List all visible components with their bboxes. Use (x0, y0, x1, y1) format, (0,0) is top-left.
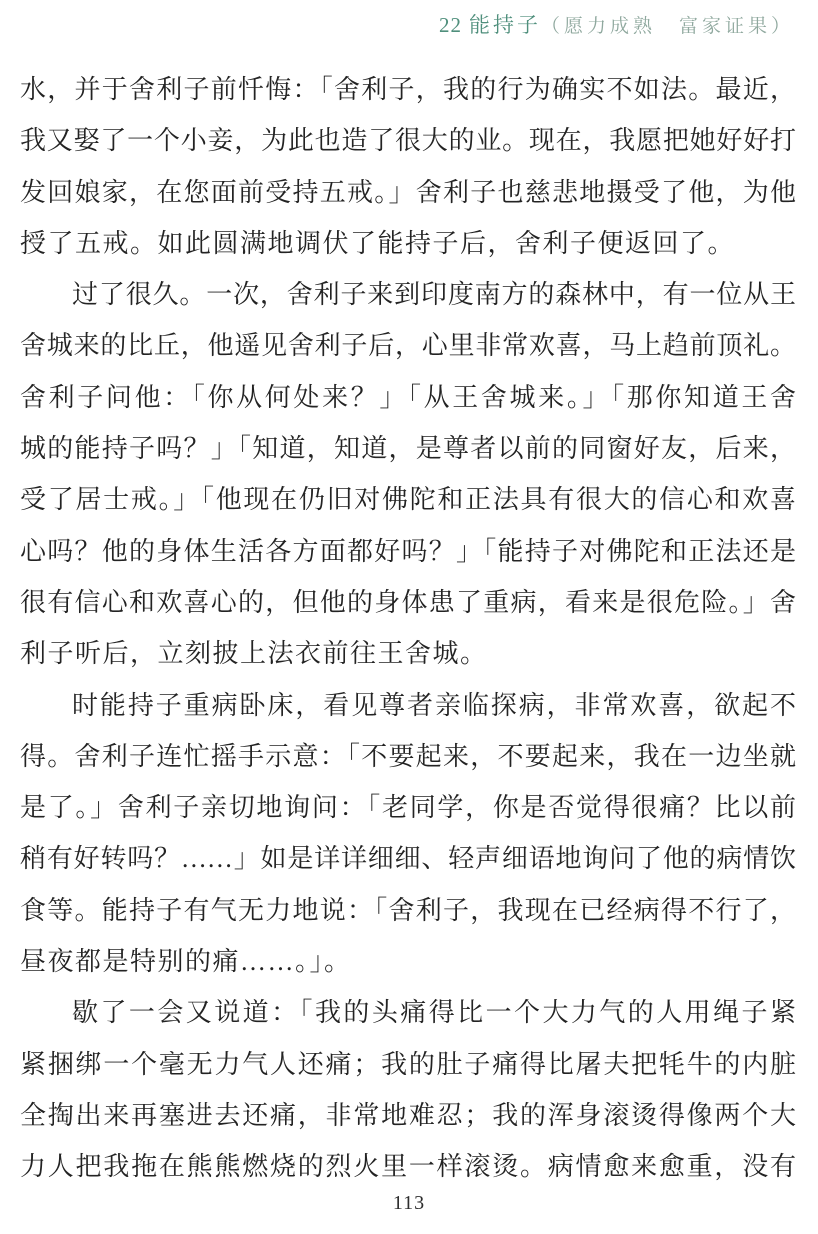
page-header: 22能持子（愿力成熟 富家证果） (20, 9, 794, 39)
text-line: 食等。能持子有气无力地说：「舍利子，我现在已经病得不行了， (20, 885, 796, 936)
text-line: 我又娶了一个小妾，为此也造了很大的业。现在，我愿把她好好打 (20, 115, 796, 166)
text-line: 紧捆绑一个毫无力气人还痛；我的肚子痛得比屠夫把牦牛的内脏 (20, 1039, 796, 1090)
text-line: 舍利子问他：「你从何处来？」「从王舍城来。」「那你知道王舍 (20, 372, 796, 423)
text-line: 昼夜都是特别的痛……。」。 (20, 936, 796, 987)
chapter-title: 能持子 (469, 13, 541, 37)
text-line: 水，并于舍利子前忏悔：「舍利子，我的行为确实不如法。最近， (20, 64, 796, 115)
book-page: 22能持子（愿力成熟 富家证果） 水，并于舍利子前忏悔：「舍利子，我的行为确实不… (0, 0, 818, 1234)
text-line: 舍城来的比丘，他遥见舍利子后，心里非常欢喜，马上趋前顶礼。 (20, 320, 796, 371)
text-line: 过了很久。一次，舍利子来到印度南方的森林中，有一位从王 (20, 269, 796, 320)
chapter-subtitle: （愿力成熟 富家证果） (541, 16, 794, 37)
text-line: 城的能持子吗？」「知道，知道，是尊者以前的同窗好友，后来， (20, 423, 796, 474)
text-line: 是了。」舍利子亲切地询问：「老同学，你是否觉得很痛？比以前 (20, 782, 796, 833)
text-line: 心吗？他的身体生活各方面都好吗？」「能持子对佛陀和正法还是 (20, 526, 796, 577)
text-line: 稍有好转吗？……」如是详详细细、轻声细语地询问了他的病情饮 (20, 833, 796, 884)
text-line: 授了五戒。如此圆满地调伏了能持子后，舍利子便返回了。 (20, 218, 796, 269)
text-line: 力人把我拖在熊熊燃烧的烈火里一样滚烫。病情愈来愈重，没有 (20, 1141, 796, 1192)
page-number: 113 (393, 1192, 425, 1214)
text-line: 受了居士戒。」「他现在仍旧对佛陀和正法具有很大的信心和欢喜 (20, 474, 796, 525)
text-line: 全掏出来再塞进去还痛，非常地难忍；我的浑身滚烫得像两个大 (20, 1090, 796, 1141)
text-line: 利子听后，立刻披上法衣前往王舍城。 (20, 628, 796, 679)
text-line: 发回娘家，在您面前受持五戒。」舍利子也慈悲地摄受了他，为他 (20, 167, 796, 218)
body-text: 水，并于舍利子前忏悔：「舍利子，我的行为确实不如法。最近，我又娶了一个小妾，为此… (20, 64, 796, 1193)
text-line: 时能持子重病卧床，看见尊者亲临探病，非常欢喜，欲起不 (20, 680, 796, 731)
text-line: 很有信心和欢喜心的，但他的身体患了重病，看来是很危险。」舍 (20, 577, 796, 628)
page-footer: 113 (0, 1192, 818, 1215)
text-line: 歇了一会又说道：「我的头痛得比一个大力气的人用绳子紧 (20, 987, 796, 1038)
chapter-number: 22 (439, 13, 462, 37)
text-line: 得。舍利子连忙摇手示意：「不要起来，不要起来，我在一边坐就 (20, 731, 796, 782)
